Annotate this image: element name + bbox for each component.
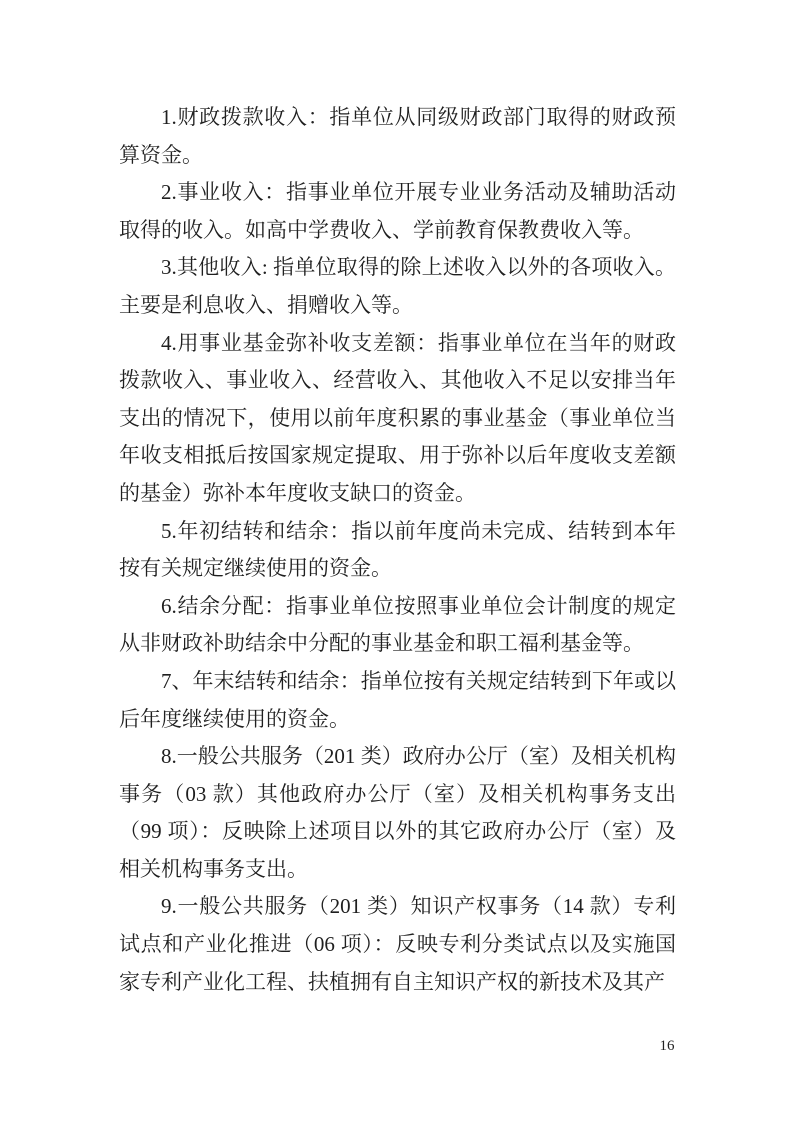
paragraph: 9.一般公共服务（201 类）知识产权事务（14 款）专利试点和产业化推进（06… <box>119 888 676 1001</box>
document-page: 1.财政拨款收入：指单位从同级财政部门取得的财政预算资金。 2.事业收入：指事业… <box>0 0 793 1122</box>
paragraph: 5.年初结转和结余：指以前年度尚未完成、结转到本年按有关规定继续使用的资金。 <box>119 513 676 588</box>
paragraph: 2.事业收入：指事业单位开展专业业务活动及辅助活动取得的收入。如高中学费收入、学… <box>119 174 676 249</box>
paragraph: 6.结余分配：指事业单位按照事业单位会计制度的规定从非财政补助结余中分配的事业基… <box>119 588 676 663</box>
paragraph: 8.一般公共服务（201 类）政府办公厅（室）及相关机构事务（03 款）其他政府… <box>119 738 676 888</box>
page-number: 16 <box>652 1036 682 1056</box>
paragraph: 1.财政拨款收入：指单位从同级财政部门取得的财政预算资金。 <box>119 99 676 174</box>
paragraph: 7、年末结转和结余：指单位按有关规定结转到下年或以后年度继续使用的资金。 <box>119 663 676 738</box>
paragraph: 4.用事业基金弥补收支差额：指事业单位在当年的财政拨款收入、事业收入、经营收入、… <box>119 325 676 513</box>
document-body: 1.财政拨款收入：指单位从同级财政部门取得的财政预算资金。 2.事业收入：指事业… <box>119 99 676 1001</box>
paragraph: 3.其他收入: 指单位取得的除上述收入以外的各项收入。主要是利息收入、捐赠收入等… <box>119 249 676 324</box>
